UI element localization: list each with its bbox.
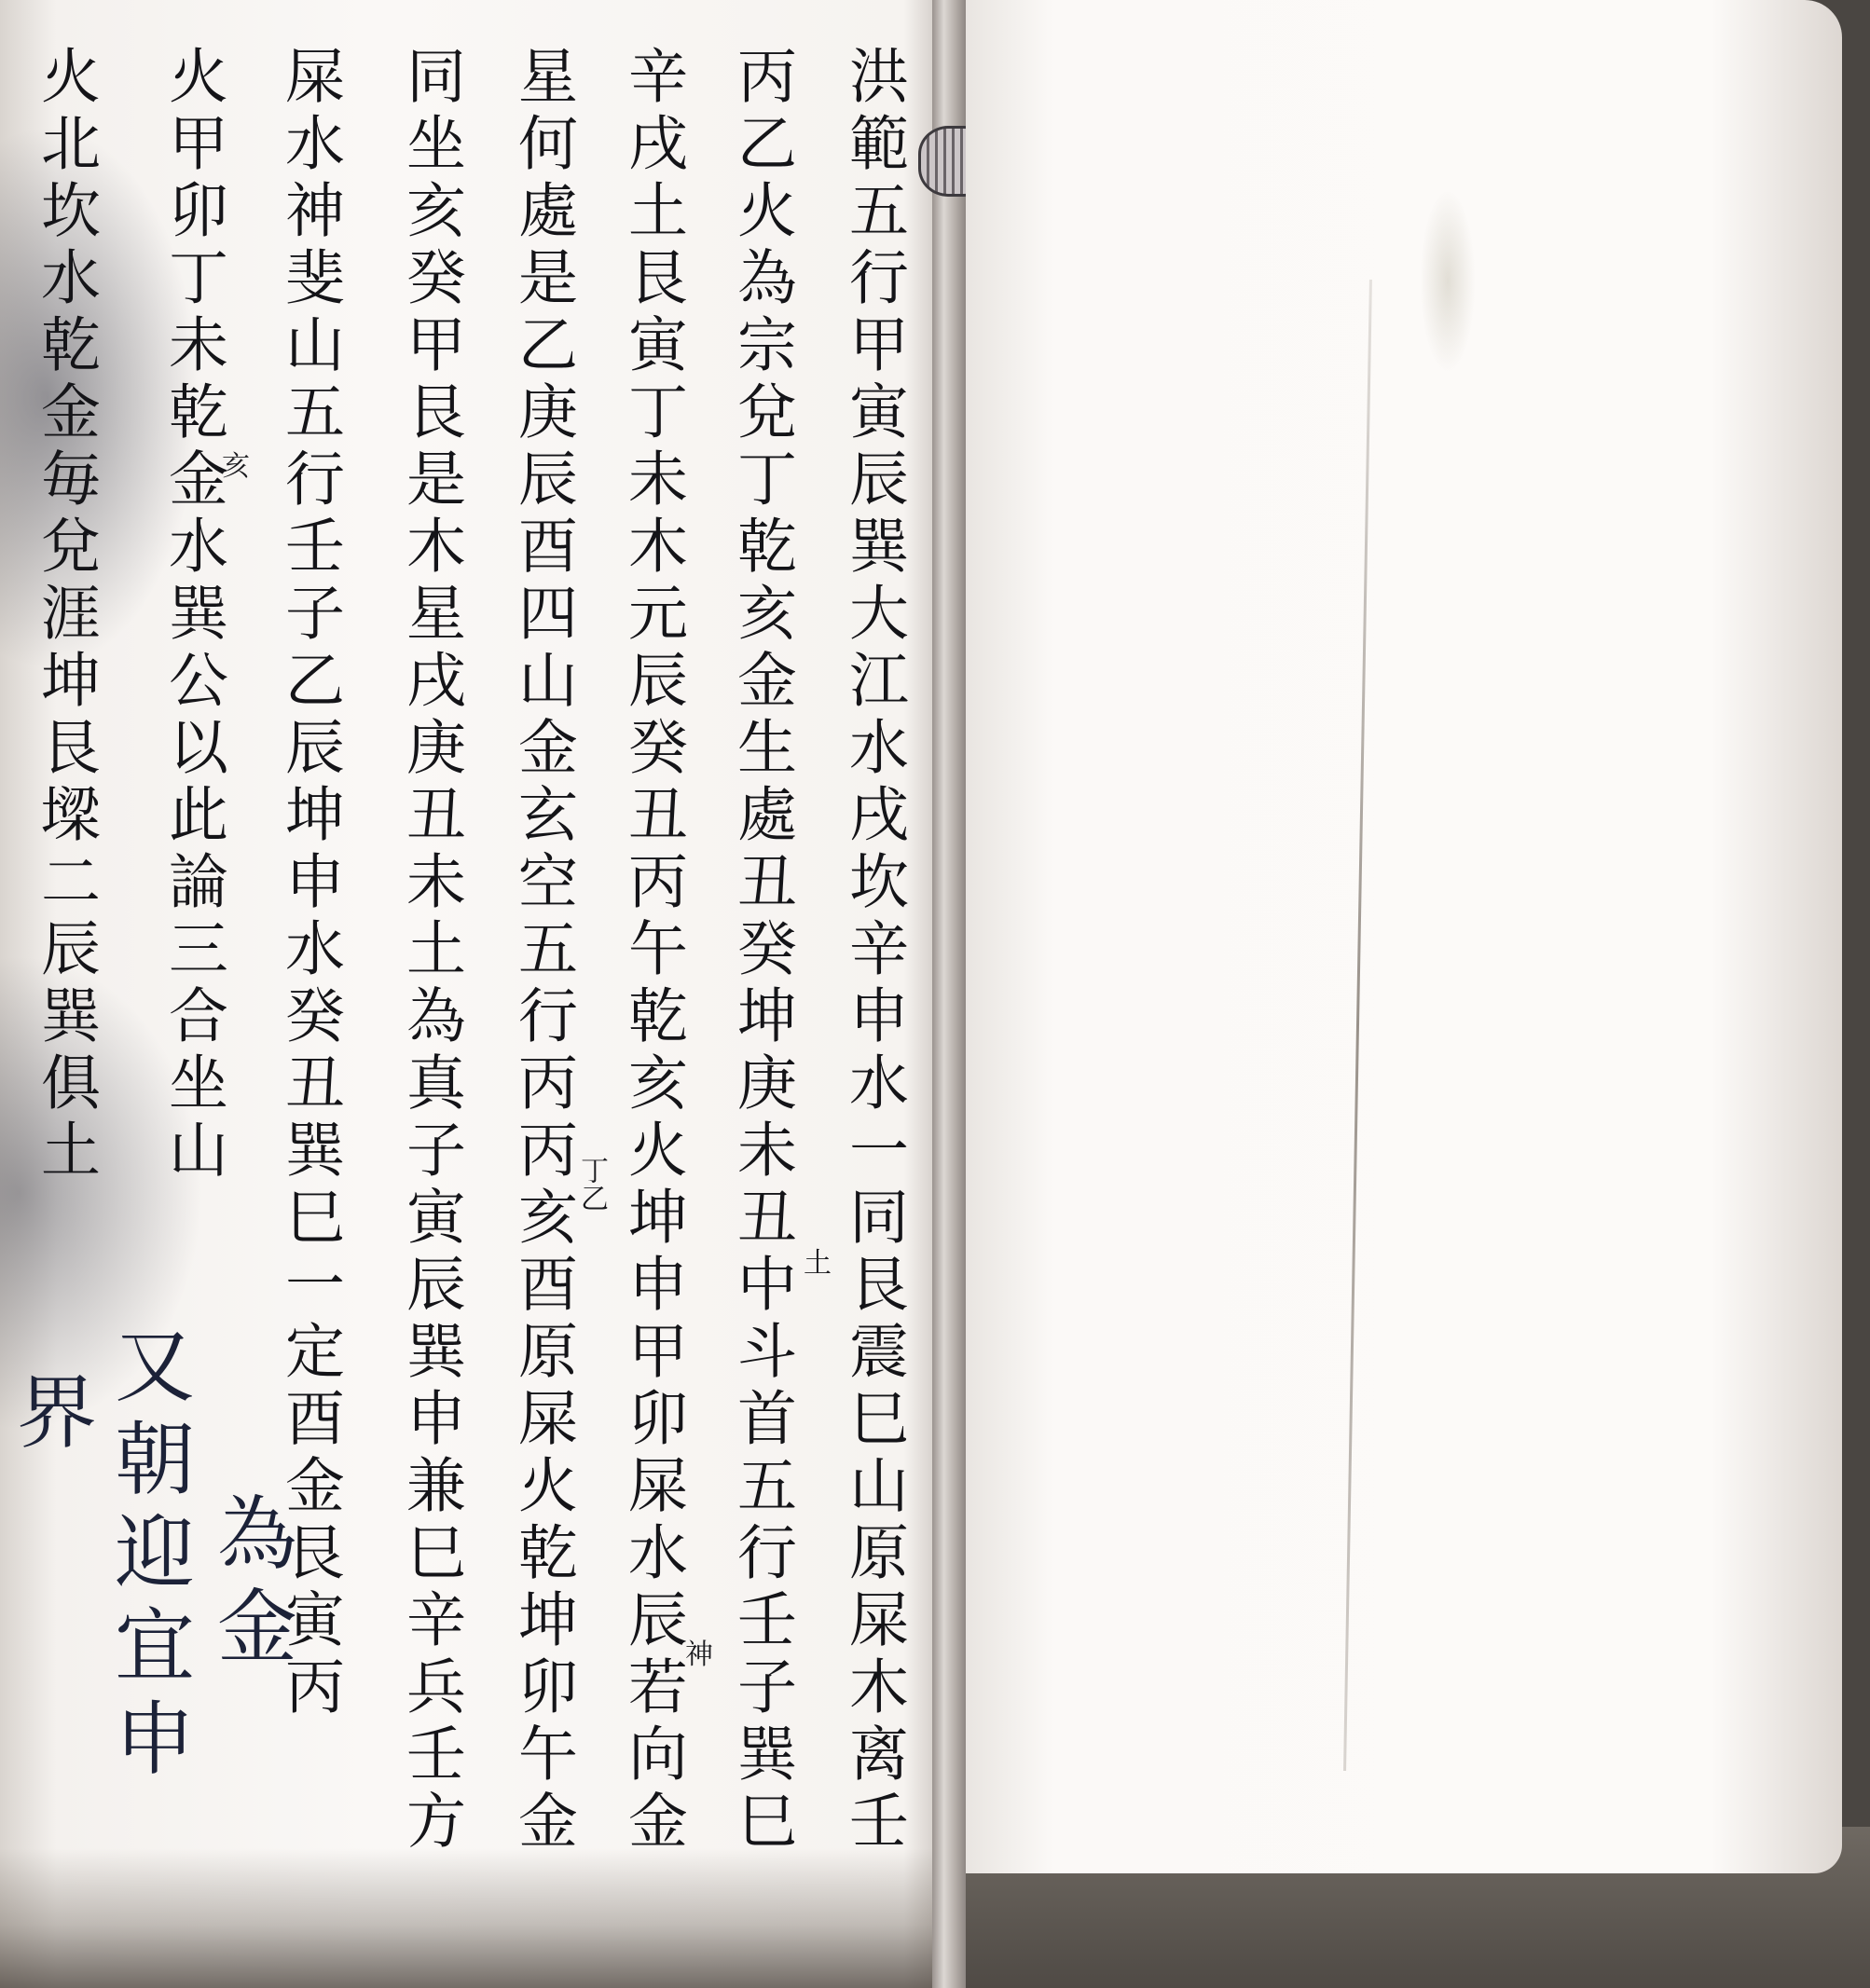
text-column-6: 屎水神斐山五行壬子乙辰坤申水癸丑巽巳一定酉金艮寅丙 xyxy=(280,45,339,1722)
book-spread: 洪範五行甲寅辰巽大江水戌坎辛申水一同艮震巳山原屎木离壬 丙乙火為宗兌丁乾亥金生處… xyxy=(0,0,1870,1988)
column-text: 洪範五行甲寅辰巽大江水戌坎辛申水一同艮震巳山原屎木离壬 xyxy=(839,45,908,1857)
later-annotation: 界 xyxy=(9,1370,89,1463)
column-text: 同坐亥癸甲艮是木星戌庚丑未土為真子寅辰巽申兼巳辛兵壬方 xyxy=(396,45,465,1857)
text-column-8: 火北坎水乾金毎兌涯坤艮墚二辰巽俱土 xyxy=(35,45,95,1186)
interlinear-note: 土 xyxy=(804,1240,832,1281)
column-text: 屎水神斐山五行壬子乙辰坤申水癸丑巽巳一定酉金艮寅丙 xyxy=(275,45,344,1722)
text-column-1: 洪範五行甲寅辰巽大江水戌坎辛申水一同艮震巳山原屎木离壬 xyxy=(844,45,903,1857)
text-column-5: 同坐亥癸甲艮是木星戌庚丑未土為真子寅辰巽申兼巳辛兵壬方 xyxy=(401,45,461,1857)
column-text: 火甲卯丁未乾金水巽公以此論三合坐山 xyxy=(158,45,227,1186)
interlinear-note: 丁乙 xyxy=(571,1156,612,1212)
column-text: 辛戌土艮寅丁未木元辰癸丑丙午乾亥火坤申甲卯屎水辰若向金 xyxy=(618,45,687,1857)
later-annotation: 又朝迎宜申 xyxy=(107,1323,187,1789)
column-text: 丙乙火為宗兌丁乾亥金生處丑癸坤庚未丑中斗首五行壬子巽巳 xyxy=(727,45,796,1857)
right-page-blank xyxy=(966,0,1842,1873)
text-column-3: 辛戌土艮寅丁未木元辰癸丑丙午乾亥火坤申甲卯屎水辰若向金 xyxy=(623,45,682,1857)
interlinear-note: 亥 xyxy=(222,443,250,484)
interlinear-note: 神 xyxy=(685,1631,713,1672)
column-text: 星何處是乙庚辰酉四山金玄空五行丙丙亥酉原屎火乾坤卯午金 xyxy=(508,45,577,1857)
later-annotation: 為金 xyxy=(210,1491,290,1678)
text-column-4: 星何處是乙庚辰酉四山金玄空五行丙丙亥酉原屎火乾坤卯午金 xyxy=(513,45,572,1857)
book-binding xyxy=(932,0,966,1988)
column-text: 火北坎水乾金毎兌涯坤艮墚二辰巽俱土 xyxy=(31,45,100,1186)
text-column-2: 丙乙火為宗兌丁乾亥金生處丑癸坤庚未丑中斗首五行壬子巽巳 xyxy=(732,45,791,1857)
text-column-7: 火甲卯丁未乾金水巽公以此論三合坐山 xyxy=(163,45,223,1186)
